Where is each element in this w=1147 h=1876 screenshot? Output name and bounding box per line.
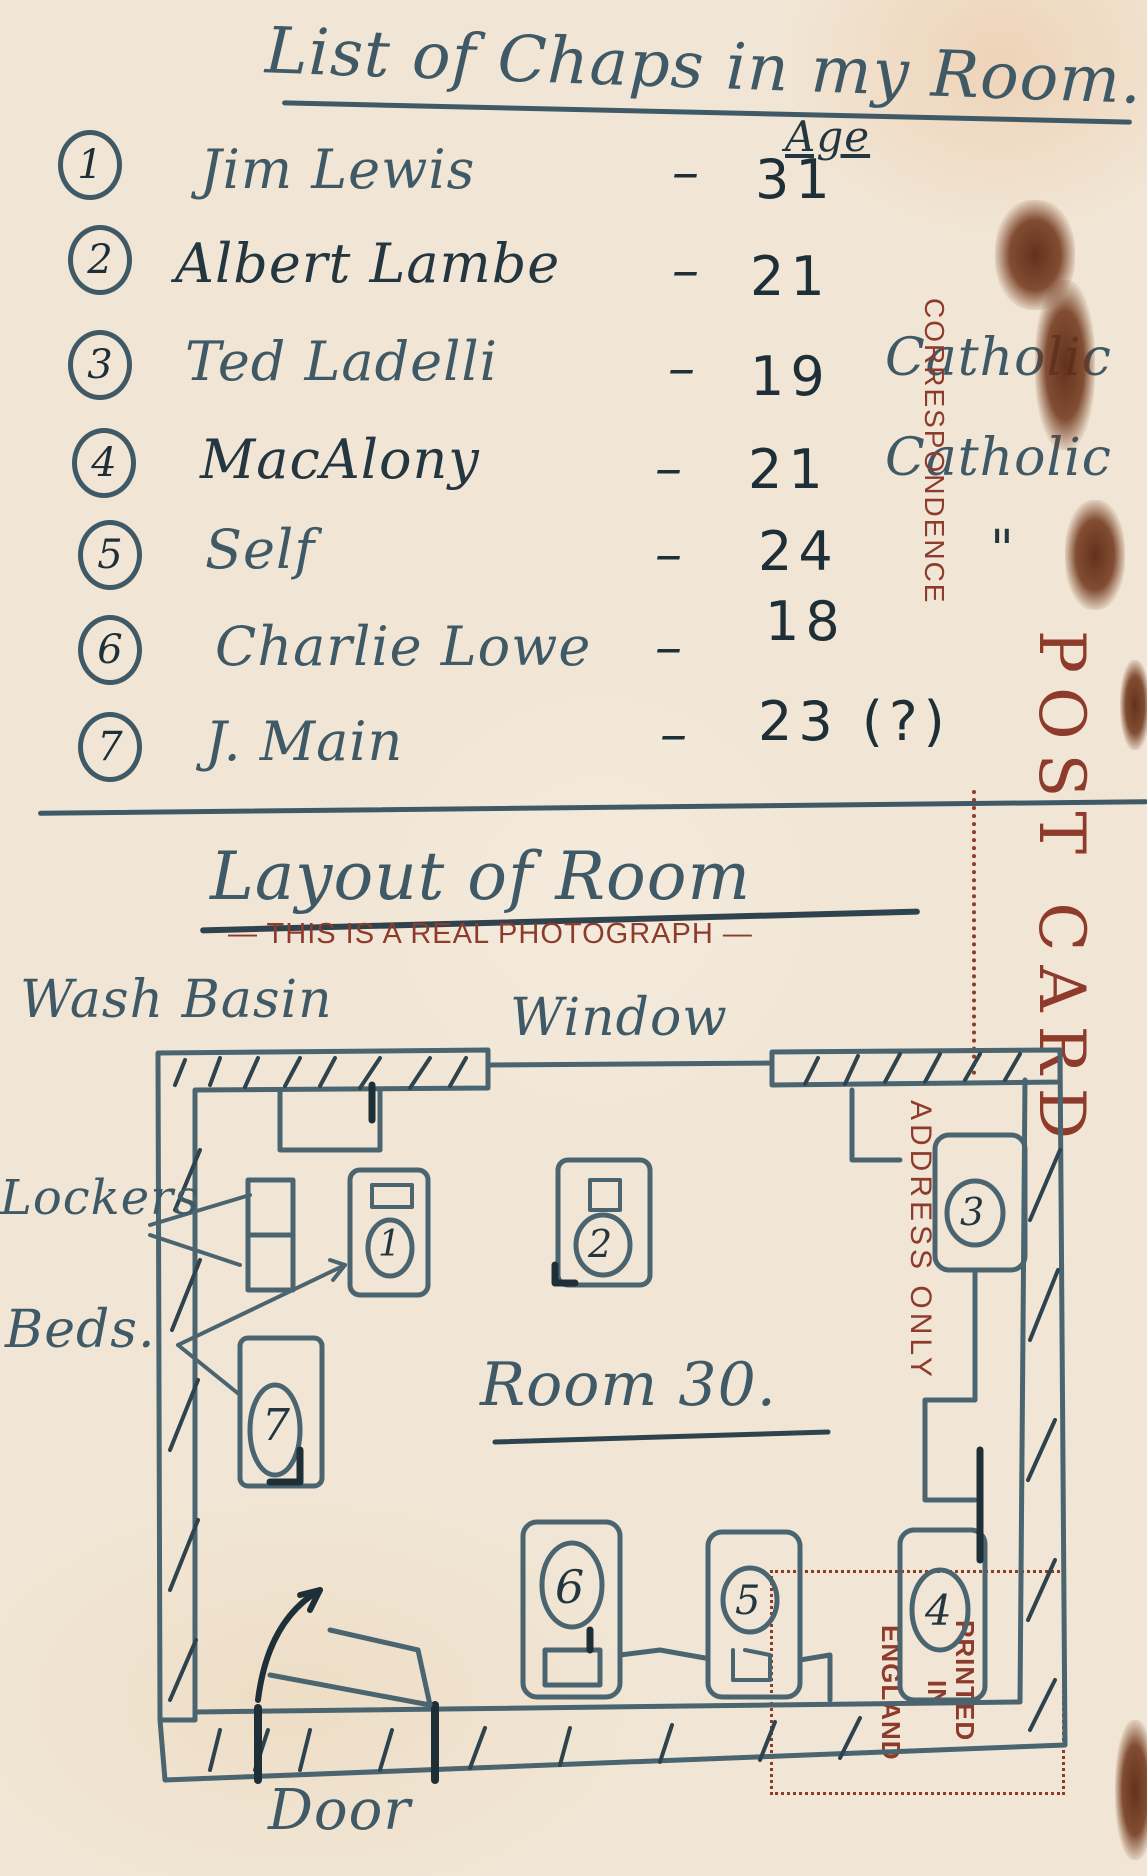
window-label: Window <box>510 988 728 1048</box>
lockers-label: Lockers <box>0 1170 200 1226</box>
bed-label-1: 1 <box>378 1224 402 1265</box>
bed-label-6: 6 <box>555 1560 585 1614</box>
rust-stain <box>1115 1720 1147 1860</box>
rust-stain <box>1035 280 1095 450</box>
door-swing <box>258 1590 435 1780</box>
bed-label-3: 3 <box>960 1190 985 1234</box>
beds-label: Beds. <box>5 1300 156 1360</box>
rust-stain <box>1120 660 1147 750</box>
wash-basin <box>280 1090 380 1150</box>
locker-top-right <box>852 1090 900 1160</box>
bed-label-4: 4 <box>925 1586 953 1635</box>
bed-4 <box>900 1450 985 1700</box>
bed-label-5: 5 <box>735 1578 761 1624</box>
wash-basin-label: Wash Basin <box>20 970 333 1030</box>
room-number-label: Room 30. <box>480 1350 777 1420</box>
door-label: Door <box>268 1778 411 1843</box>
locker-right <box>925 1270 975 1500</box>
bed-label-2: 2 <box>588 1222 613 1266</box>
rust-stain <box>1065 500 1125 610</box>
bed-label-7: 7 <box>262 1400 291 1451</box>
